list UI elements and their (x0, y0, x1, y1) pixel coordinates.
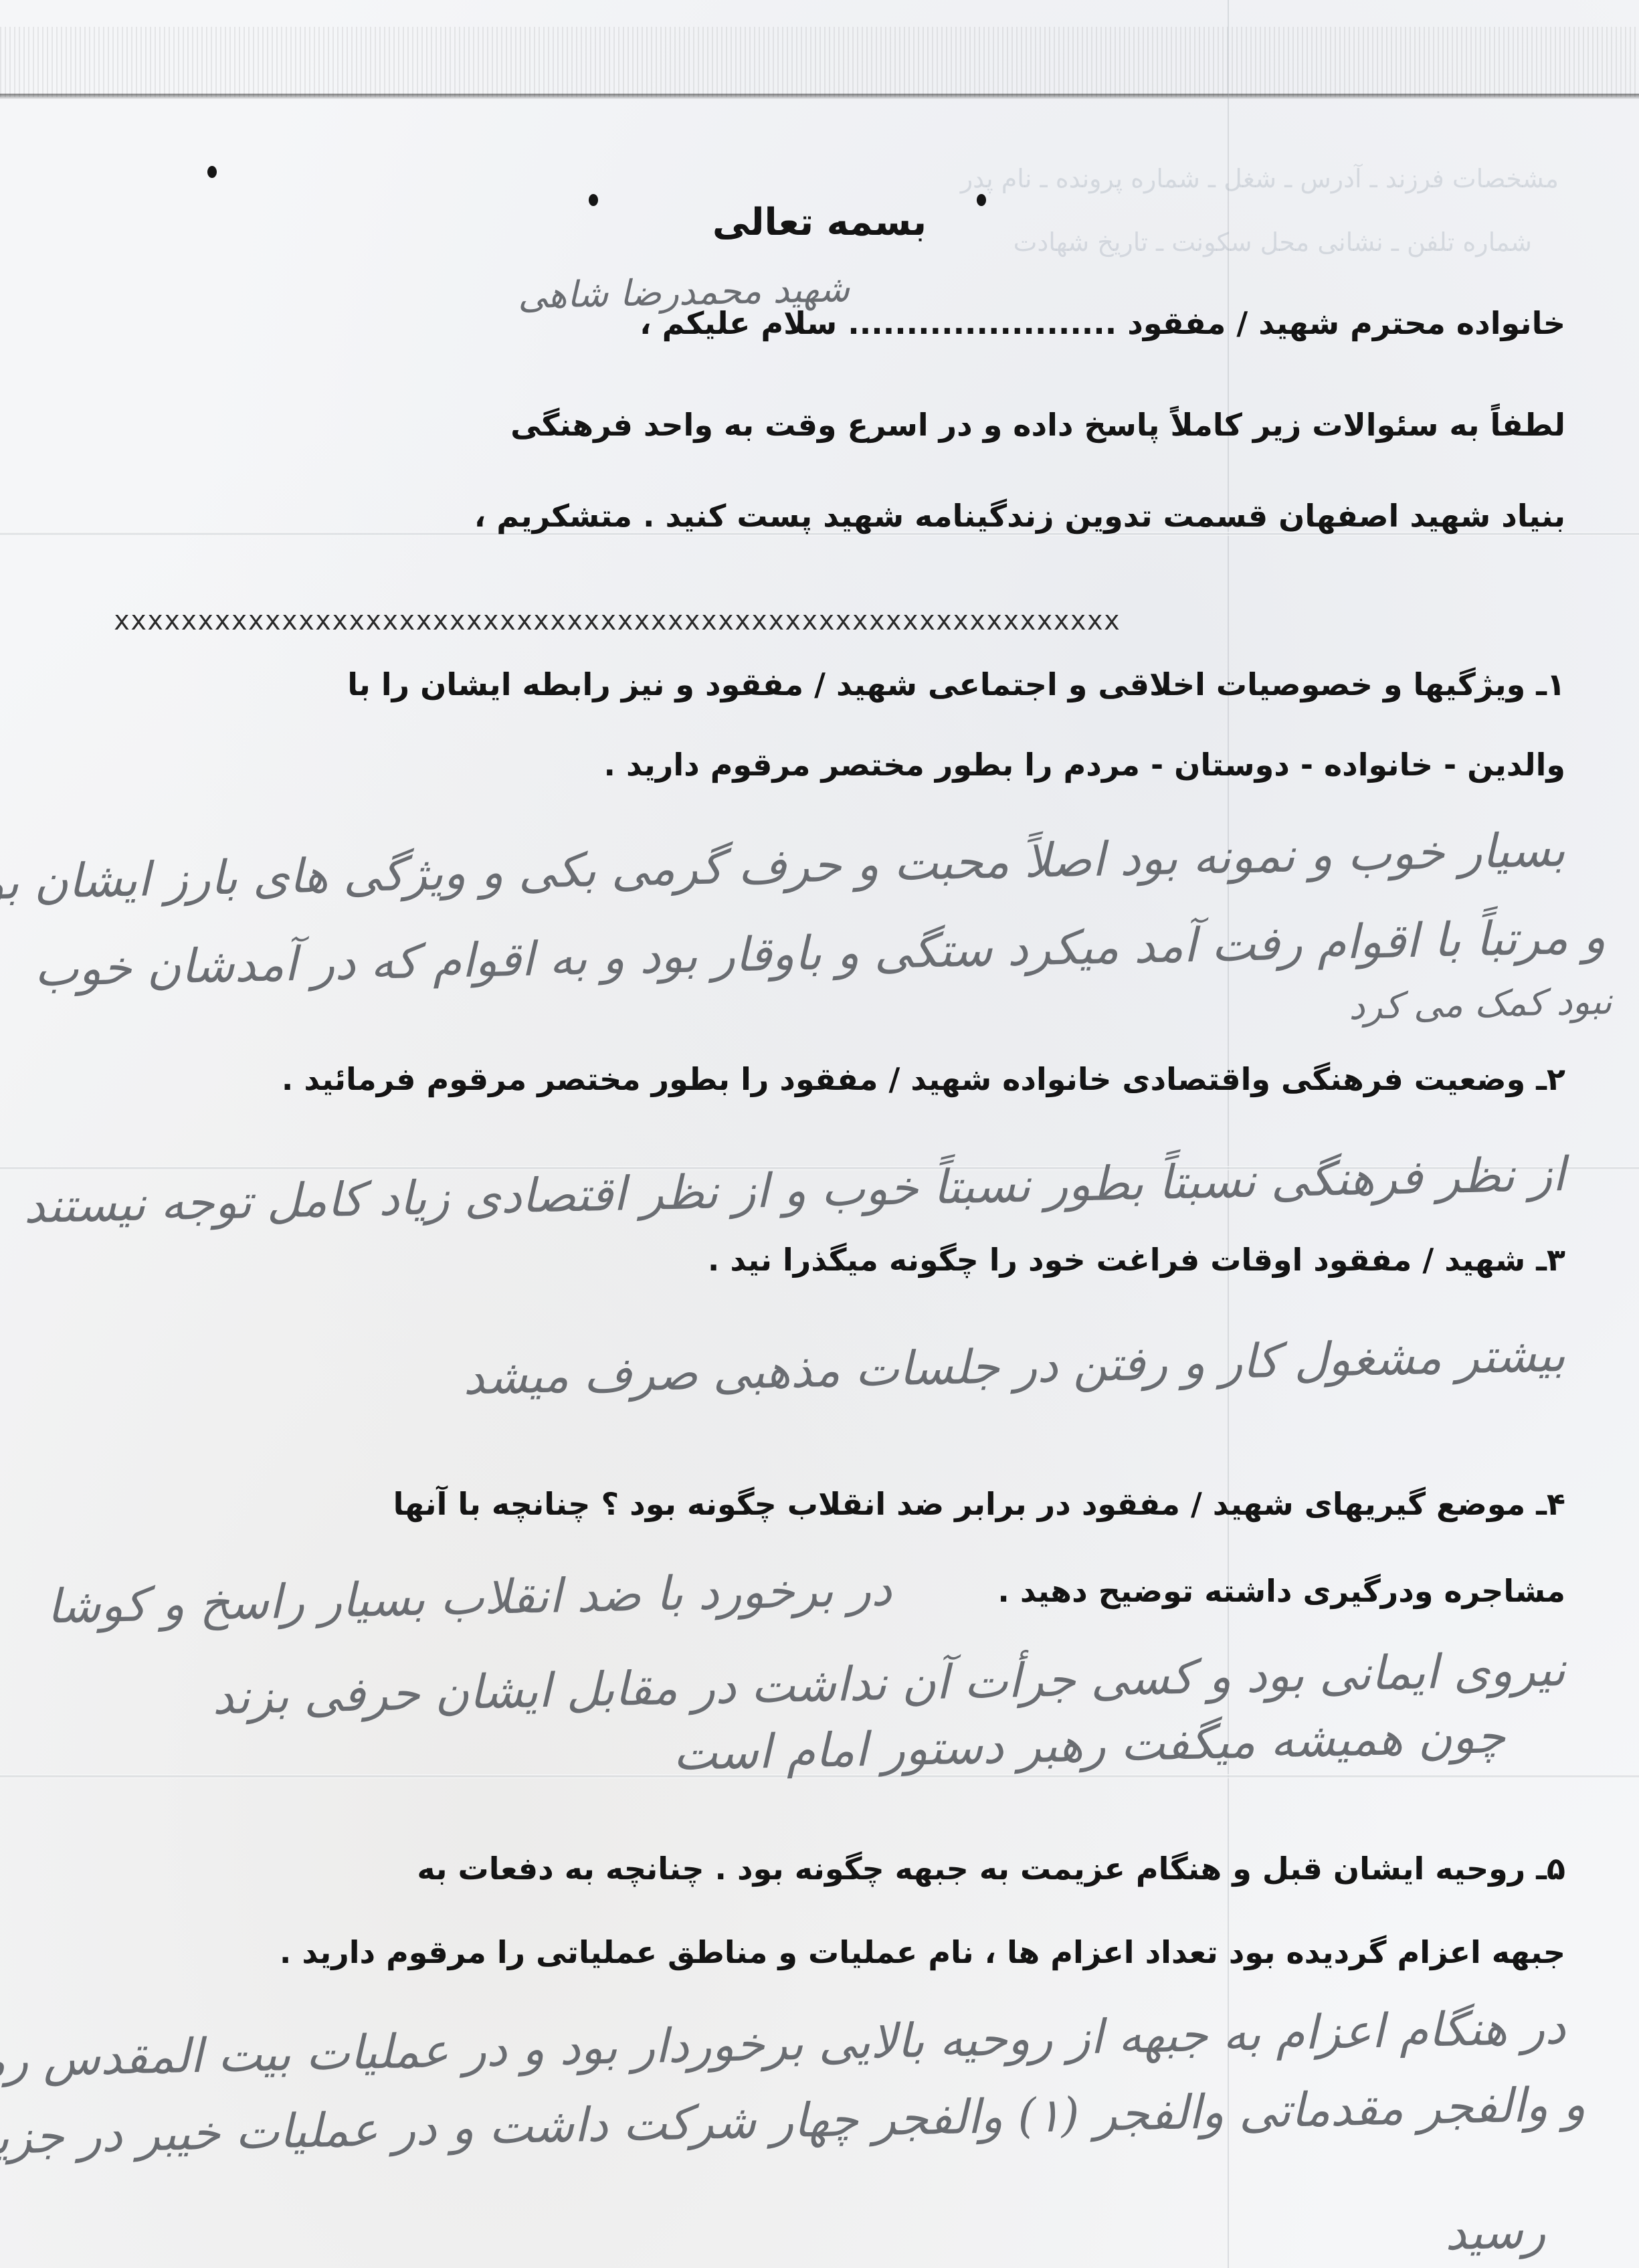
question-3-line: ۳ـ شهید / مفقود اوقات فراغت خود را چگونه… (708, 1244, 1565, 1275)
question-2-line: ۲ـ وضعیت فرهنگی واقتصادی خانواده شهید / … (282, 1064, 1565, 1095)
handwritten-martyr-name: شهید محمدرضا شاهی (518, 271, 850, 314)
answer-1-line: نبود کمک می کرد (1349, 983, 1613, 1025)
answer-5-line: و والفجر مقدماتی والفجر (۱) والفجر چهار … (0, 2081, 1586, 2169)
answer-5-line: در هنگام اعزام به جبهه از روحیه بالایی ب… (0, 2004, 1566, 2088)
question-4-line: مشاجره ودرگیری داشته توضیح دهید . (997, 1576, 1565, 1606)
question-5-line: جبهه اعزام گردیده بود تعداد اعزام ها ، ن… (280, 1937, 1565, 1968)
answer-1-line: بسیار خوب و نمونه بود اصلاً محبت و حرف گ… (0, 826, 1566, 907)
document-title: بسمه تعالی (0, 201, 1639, 244)
answer-2-line: از نظر فرهنگی نسبتاً بطور نسبتاً خوب و ا… (23, 1151, 1566, 1230)
question-5-line: ۵ـ روحیه ایشان قبل و هنگام عزیمت به جبهه… (417, 1853, 1565, 1884)
ink-dot (207, 166, 217, 178)
bleed-through-text: مشخصات فرزند ـ آدرس ـ شغل ـ شماره پرونده… (961, 164, 1559, 193)
scan-noise-band (0, 27, 1639, 97)
scan-edge-line (0, 94, 1639, 99)
question-4-line: ۴ـ موضع گیریهای شهید / مفقود در برابر ضد… (393, 1489, 1565, 1519)
answer-4-line: نیروی ایمانی بود و کسی جرأت آن نداشت در … (212, 1646, 1566, 1721)
question-1-line: ۱ـ ویژگیها و خصوصیات اخلاقی و اجتماعی شه… (347, 669, 1565, 700)
answer-4-inline: در برخورد با ضد انقلاب بسیار راسخ و کوشا (47, 1566, 892, 1630)
answer-3-line: بیشتر مشغول کار و رفتن در جلسات مذهبی صر… (463, 1331, 1566, 1401)
answer-1-line: و مرتباً با اقوام رفت آمد میکرد ستگی و ب… (34, 913, 1606, 993)
answer-5-line: رسید (1444, 2208, 1546, 2257)
question-1-line: والدین - خانواده - دوستان - مردم را بطور… (604, 749, 1566, 780)
salutation-line: خانواده محترم شهید / مفقود .............… (640, 308, 1565, 339)
answer-4-line: چون همیشه میگفت رهبر دستور امام است (672, 1713, 1505, 1777)
intro-line: بنیاد شهید اصفهان قسمت تدوین زندگینامه ش… (474, 500, 1565, 531)
intro-line: لطفاً به سئوالات زیر کاملاً پاسخ داده و … (510, 409, 1565, 440)
scanned-document-page: مشخصات فرزند ـ آدرس ـ شغل ـ شماره پرونده… (0, 0, 1639, 2268)
separator-line: xxxxxxxxxxxxxxxxxxxxxxxxxxxxxxxxxxxxxxxx… (114, 605, 1532, 636)
